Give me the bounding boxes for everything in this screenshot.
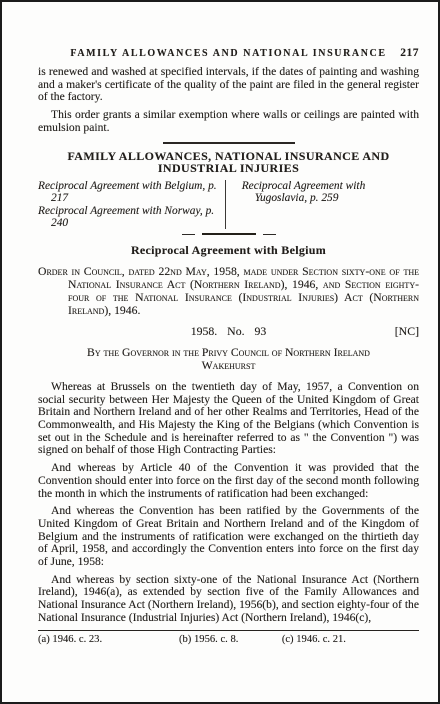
order-number-line: 1958. No. 93 [NC] [38, 324, 419, 339]
whereas-section-61: And whereas by section sixty-one of the … [38, 574, 419, 625]
index-column-left: Reciprocal Agreement with Belgium, p. 21… [38, 180, 225, 229]
section-heading: FAMILY ALLOWANCES, NATIONAL INSURANCE AN… [38, 150, 419, 176]
footnote-c: (c) 1946. c. 21. [282, 634, 346, 646]
index-column-right: Reciprocal Agreement with Yugoslavia, p.… [226, 180, 413, 229]
footnote-a: (a) 1946. c. 23. [38, 634, 179, 646]
whereas-ratified: And whereas the Convention has been rati… [38, 505, 419, 569]
paragraph-emulsion: This order grants a similar exemption wh… [38, 109, 419, 134]
index-entry-norway: Reciprocal Agreement with Norway, p. 240 [38, 205, 219, 230]
footnote-row: (a) 1946. c. 23. (b) 1956. c. 8. (c) 194… [38, 634, 419, 646]
article-heading: Reciprocal Agreement with Belgium [38, 243, 419, 258]
whereas-brussels: Whereas at Brussels on the twentieth day… [38, 381, 419, 457]
ornament-dash-center [202, 233, 256, 235]
nc-tag: [NC] [395, 324, 419, 339]
paragraph-continuation: is renewed and washed at specified inter… [38, 66, 419, 104]
footnote-rule [38, 630, 419, 631]
order-number: 1958. No. 93 [191, 324, 267, 338]
signatory-name: Wakehurst [38, 360, 419, 373]
ornament-dash-left [182, 234, 195, 235]
section-divider-rule [163, 142, 295, 144]
running-header-title: FAMILY ALLOWANCES AND NATIONAL INSURANCE [70, 48, 386, 59]
ornament-divider [38, 233, 419, 235]
index-entry-yugoslavia: Reciprocal Agreement with Yugoslavia, p.… [242, 180, 413, 205]
index-entry-belgium: Reciprocal Agreement with Belgium, p. 21… [38, 180, 219, 205]
order-in-council-recital: Order in Council, dated 22nd May, 1958, … [38, 265, 419, 317]
running-header: FAMILY ALLOWANCES AND NATIONAL INSURANCE… [38, 48, 419, 59]
page-number: 217 [400, 47, 419, 59]
section-heading-line2: INDUSTRIAL INJURIES [158, 161, 299, 175]
footnote-b: (b) 1956. c. 8. [179, 634, 282, 646]
document-page: FAMILY ALLOWANCES AND NATIONAL INSURANCE… [0, 0, 440, 704]
ornament-dash-right [263, 234, 276, 235]
whereas-article-40: And whereas by Article 40 of the Convent… [38, 462, 419, 500]
footnotes: (a) 1946. c. 23. (b) 1956. c. 8. (c) 194… [38, 630, 419, 646]
index-columns: Reciprocal Agreement with Belgium, p. 21… [38, 180, 419, 229]
